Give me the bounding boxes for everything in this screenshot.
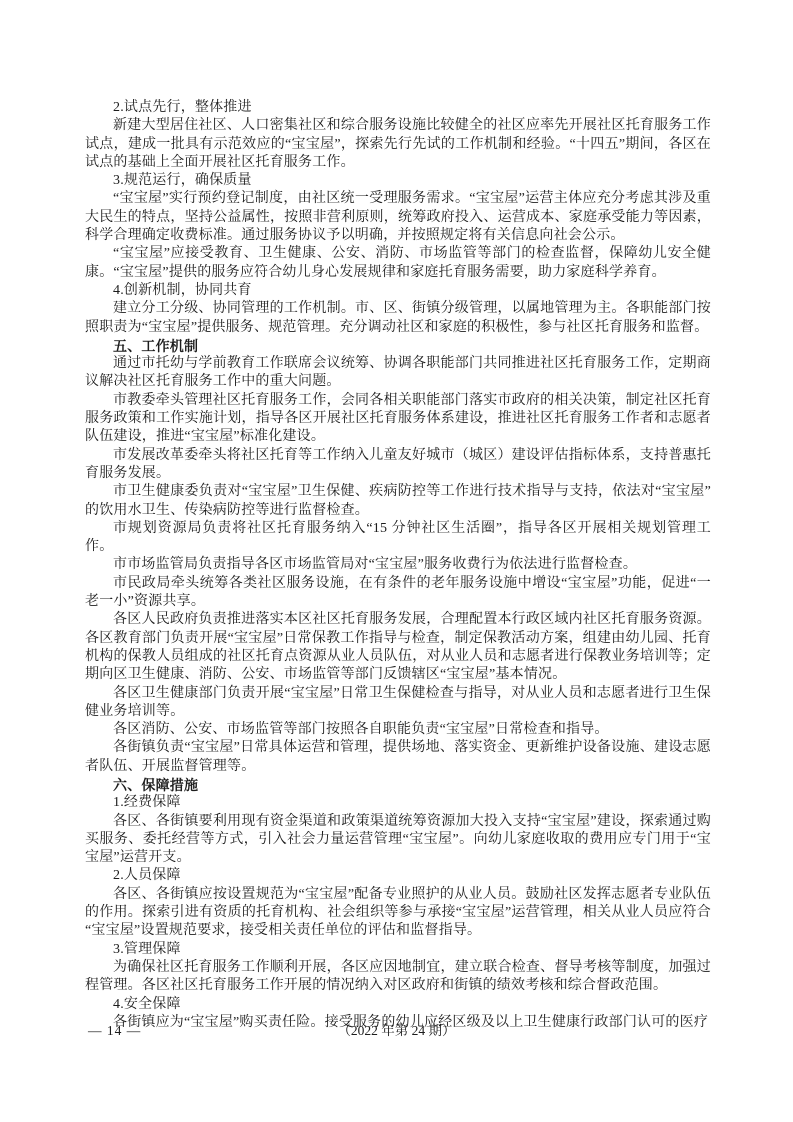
paragraph: 建立分工分级、协同管理的工作机制。市、区、街镇分级管理，以属地管理为主。各职能部…: [85, 300, 711, 337]
sub-heading: 3.管理保障: [85, 941, 711, 959]
paragraph: 通过市托幼与学前教育工作联席会议统筹、协调各职能部门共同推进社区托育服务工作，定…: [85, 355, 711, 392]
paragraph: 新建大型居住社区、人口密集社区和综合服务设施比较健全的社区应率先开展社区托育服务…: [85, 117, 711, 172]
paragraph: 为确保社区托育服务工作顺利开展，各区应因地制宜，建立联合检查、督导考核等制度，加…: [85, 959, 711, 996]
paragraph: 各区消防、公安、市场监管等部门按照各自职能负责“宝宝屋”日常检查和指导。: [85, 721, 711, 739]
section-heading: 五、工作机制: [85, 337, 711, 355]
paragraph: 各街镇负责“宝宝屋”日常具体运营和管理，提供场地、落实资金、更新维护设备设施、建…: [85, 739, 711, 776]
paragraph: 各区、各街镇应按设置规范为“宝宝屋”配备专业照护的从业人员。鼓励社区发挥志愿者专…: [85, 886, 711, 941]
paragraph: 市教委牵头管理社区托育服务工作，会同各相关职能部门落实市政府的相关决策，制定社区…: [85, 392, 711, 447]
document-body: 2.试点先行，整体推进新建大型居住社区、人口密集社区和综合服务设施比较健全的社区…: [85, 99, 711, 1032]
paragraph: 市卫生健康委负责对“宝宝屋”卫生保健、疾病防控等工作进行技术指导与支持，依法对“…: [85, 483, 711, 520]
paragraph: 各区卫生健康部门负责开展“宝宝屋”日常卫生保健检查与指导，对从业人员和志愿者进行…: [85, 685, 711, 722]
sub-heading: 4.创新机制，协同共育: [85, 282, 711, 300]
paragraph: 市规划资源局负责将社区托育服务纳入“15 分钟社区生活圈”，指导各区开展相关规划…: [85, 520, 711, 557]
sub-heading: 1.经费保障: [85, 794, 711, 812]
sub-heading: 4.安全保障: [85, 996, 711, 1014]
paragraph: “宝宝屋”应接受教育、卫生健康、公安、消防、市场监管等部门的检查监督，保障幼儿安…: [85, 245, 711, 282]
document-page: 2.试点先行，整体推进新建大型居住社区、人口密集社区和综合服务设施比较健全的社区…: [0, 0, 793, 1122]
section-heading: 六、保障措施: [85, 776, 711, 794]
paragraph: 市市场监管局负责指导各区市场监管局对“宝宝屋”服务收费行为依法进行监督检查。: [85, 556, 711, 574]
paragraph: “宝宝屋”实行预约登记制度，由社区统一受理服务需求。“宝宝屋”运营主体应充分考虑…: [85, 190, 711, 245]
paragraph: 各区人民政府负责推进落实本区社区托育服务发展，合理配置本行政区域内社区托育服务资…: [85, 611, 711, 684]
sub-heading: 2.人员保障: [85, 867, 711, 885]
paragraph: 市民政局牵头统筹各类社区服务设施，在有条件的老年服务设施中增设“宝宝屋”功能，促…: [85, 575, 711, 612]
paragraph: 各区、各街镇要利用现有资金渠道和政策渠道统筹资源加大投入支持“宝宝屋”建设，探索…: [85, 813, 711, 868]
sub-heading: 3.规范运行，确保质量: [85, 172, 711, 190]
page-footer: — 14 — （2022 年第 24 期）: [0, 1021, 793, 1041]
paragraph: 市发展改革委牵头将社区托育等工作纳入儿童友好城市（城区）建设评估指标体系，支持普…: [85, 447, 711, 484]
page-number: — 14 —: [88, 1021, 141, 1041]
sub-heading: 2.试点先行，整体推进: [85, 99, 711, 117]
